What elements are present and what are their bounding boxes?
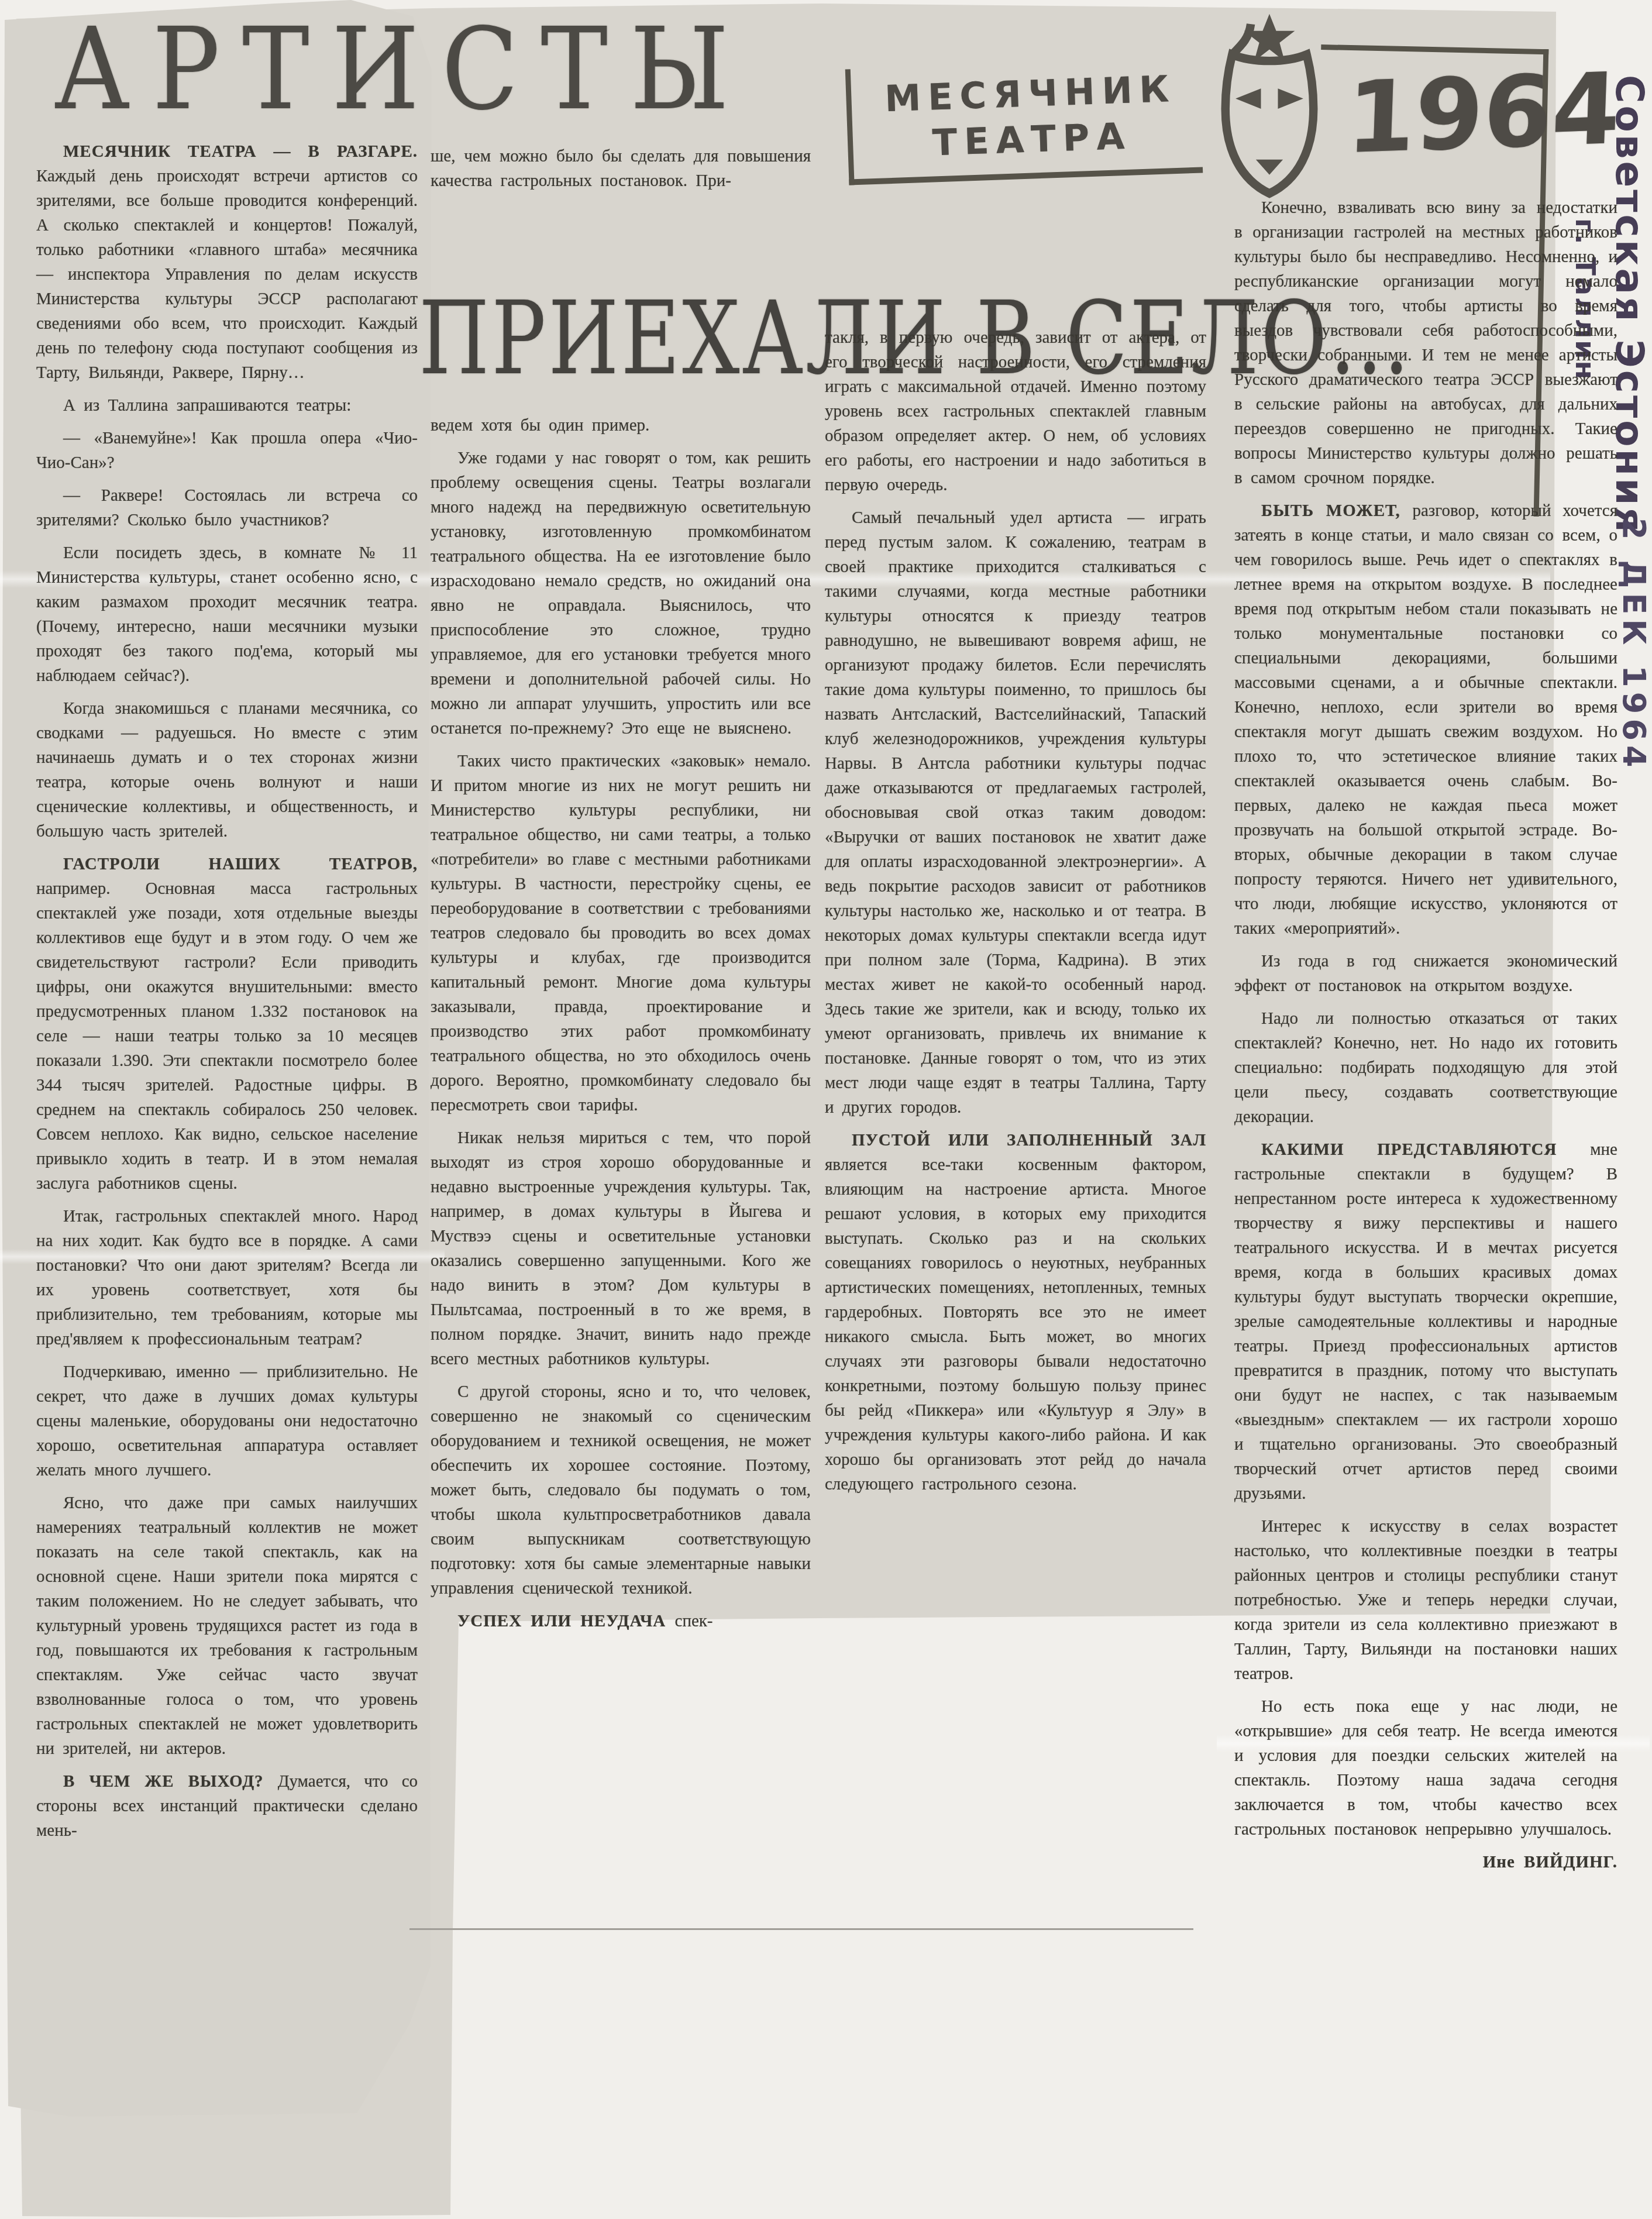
paragraph: КАКИМИ ПРЕДСТАВЛЯЮТСЯ мне гастрольные сп… [1234, 1137, 1617, 1506]
paragraph-lead: УСПЕХ ИЛИ НЕУДАЧА [457, 1612, 675, 1630]
paragraph: Если посидеть здесь, в комнате № 11 Мини… [36, 541, 418, 688]
paragraph-lead: Ине ВИЙДИНГ. [1483, 1853, 1617, 1871]
paragraph: Интерес к искусству в селах возрастет на… [1234, 1514, 1617, 1686]
paragraph: ше, чем можно было бы сделать для повыше… [431, 144, 811, 193]
paragraph: — Раквере! Состоялась ли встреча со зрит… [36, 483, 418, 532]
paragraph: — «Ванемуйне»! Как прошла опера «Чио-Чио… [36, 426, 418, 475]
paragraph-lead: ПУСТОЙ ИЛИ ЗАПОЛНЕННЫЙ ЗАЛ [852, 1131, 1206, 1150]
backing-paper-edge [409, 1928, 1193, 1930]
paragraph: ГАСТРОЛИ НАШИХ ТЕАТРОВ, например. Основн… [36, 852, 418, 1196]
paragraph: Таких чисто практических «заковык» немал… [431, 749, 811, 1117]
column-2: ведем хотя бы один пример.Уже годами у н… [431, 413, 811, 1618]
paragraph: УСПЕХ ИЛИ НЕУДАЧА спек- [431, 1609, 811, 1633]
paragraph: Самый печальный удел артиста — играть пе… [825, 505, 1206, 1120]
paragraph: такля, в первую очередь, зависит от акте… [825, 325, 1206, 497]
paragraph: Подчеркиваю, именно — приблизительно. Не… [36, 1360, 418, 1482]
theater-month-badge: МЕСЯЧНИК ТЕАТРА [845, 57, 1203, 185]
paragraph: Надо ли полностью отказаться от таких сп… [1234, 1006, 1617, 1129]
paragraph: С другой стороны, ясно и то, что человек… [431, 1379, 811, 1601]
paragraph: БЫТЬ МОЖЕТ, разговор, который хочется за… [1234, 498, 1617, 941]
paragraph: Ясно, что даже при самых наилучших намер… [36, 1491, 418, 1761]
paragraph: А из Таллина запрашиваются театры: [36, 393, 418, 418]
scanned-newspaper-clipping: АРТИСТЫ МЕСЯЧНИК ТЕАТРА 1964 Советская Э… [0, 0, 1652, 2219]
column-1: МЕСЯЧНИК ТЕАТРА — В РАЗГАРЕ. Каждый день… [36, 139, 418, 2210]
paragraph: Итак, гастрольных спектаклей много. Наро… [36, 1204, 418, 1351]
paragraph: ПУСТОЙ ИЛИ ЗАПОЛНЕННЫЙ ЗАЛ является все-… [825, 1128, 1206, 1496]
paragraph: Ине ВИЙДИНГ. [1234, 1850, 1617, 1874]
paragraph: Когда знакомишься с планами месячника, с… [36, 696, 418, 844]
column-4: Конечно, взваливать всю вину за недостат… [1234, 195, 1617, 2149]
stamp-date-text: 2 ДЕК 1964 [1616, 518, 1652, 822]
paragraph: В ЧЕМ ЖЕ ВЫХОД? Думается, что со стороны… [36, 1769, 418, 1843]
paragraph-lead: В ЧЕМ ЖЕ ВЫХОД? [63, 1772, 278, 1791]
paragraph: Из года в год снижается экономический эф… [1234, 949, 1617, 998]
paragraph: ведем хотя бы один пример. [431, 413, 811, 438]
column-2-intro: ше, чем можно было бы сделать для повыше… [431, 144, 811, 284]
paragraph: Конечно, взваливать всю вину за недостат… [1234, 195, 1617, 490]
paragraph: Никак нельзя мириться с тем, что порой в… [431, 1126, 811, 1371]
page-title: АРТИСТЫ [54, 4, 838, 135]
paragraph-lead: КАКИМИ ПРЕДСТАВЛЯЮТСЯ [1261, 1140, 1590, 1159]
paragraph-lead: МЕСЯЧНИК ТЕАТРА — В РАЗГАРЕ. [63, 142, 418, 161]
paragraph-lead: БЫТЬ МОЖЕТ, [1261, 501, 1412, 520]
paragraph-lead: ГАСТРОЛИ НАШИХ ТЕАТРОВ, [63, 855, 418, 873]
paragraph: Но есть пока еще у нас люди, не «открывш… [1234, 1694, 1617, 1842]
paragraph: МЕСЯЧНИК ТЕАТРА — В РАЗГАРЕ. Каждый день… [36, 139, 418, 385]
column-3: такля, в первую очередь, зависит от акте… [825, 325, 1206, 1621]
paragraph: Уже годами у нас говорят о том, как реши… [431, 446, 811, 741]
